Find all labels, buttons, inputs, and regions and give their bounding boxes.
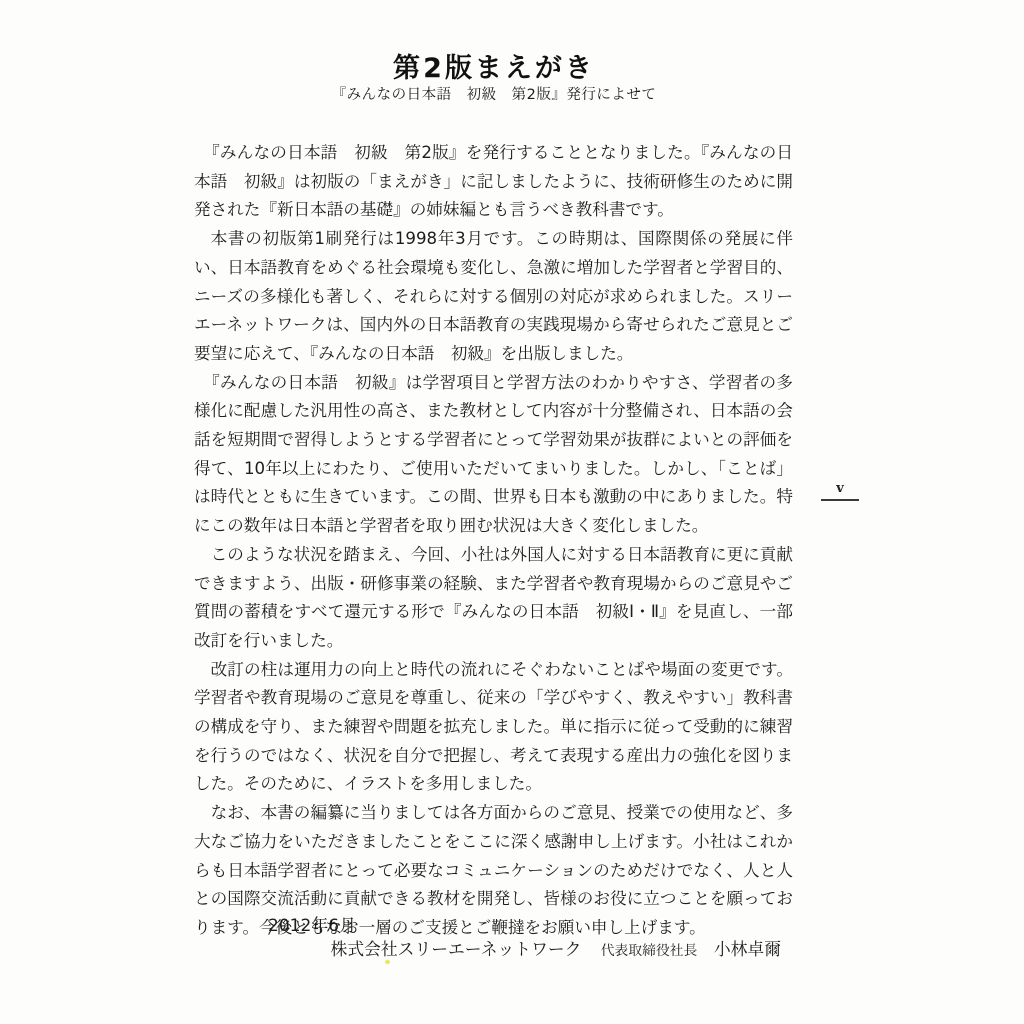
- page-number: v: [836, 481, 844, 496]
- signature-name: 小林卓爾: [714, 939, 781, 959]
- signature-company: 株式会社スリーエーネットワーク: [331, 939, 582, 959]
- scan-artifact-dot: [385, 960, 390, 964]
- paragraph-2: 本書の初版第1刷発行は1998年3月です。この時期は、国際関係の発展に伴い、日本…: [194, 225, 793, 369]
- preface-body: 『みんなの日本語 初級 第2版』を発行することとなりました。『みんなの日本語 初…: [194, 139, 793, 943]
- page-subtitle: 『みんなの日本語 初級 第2版』発行によせて: [194, 83, 794, 104]
- date-line: 2012年6月: [268, 911, 356, 936]
- paragraph-3: 『みんなの日本語 初級』は学習項目と学習方法のわかりやすさ、学習者の多様化に配慮…: [194, 369, 793, 541]
- page-number-marker: v: [821, 482, 859, 501]
- paragraph-4: このような状況を踏まえ、今回、小社は外国人に対する日本語教育に更に貢献できますよ…: [194, 541, 793, 656]
- signature-role: 代表取締役社長: [601, 943, 698, 959]
- paragraph-5: 改訂の柱は運用力の向上と時代の流れにそぐわないことばや場面の変更です。学習者や教…: [194, 656, 793, 800]
- signature-line: 株式会社スリーエーネットワーク代表取締役社長小林卓爾: [194, 936, 793, 960]
- page-title: 第2版まえがき: [194, 46, 794, 85]
- paragraph-1: 『みんなの日本語 初級 第2版』を発行することとなりました。『みんなの日本語 初…: [194, 139, 793, 225]
- scanned-preface-page: 第2版まえがき 『みんなの日本語 初級 第2版』発行によせて 『みんなの日本語 …: [0, 0, 1024, 1024]
